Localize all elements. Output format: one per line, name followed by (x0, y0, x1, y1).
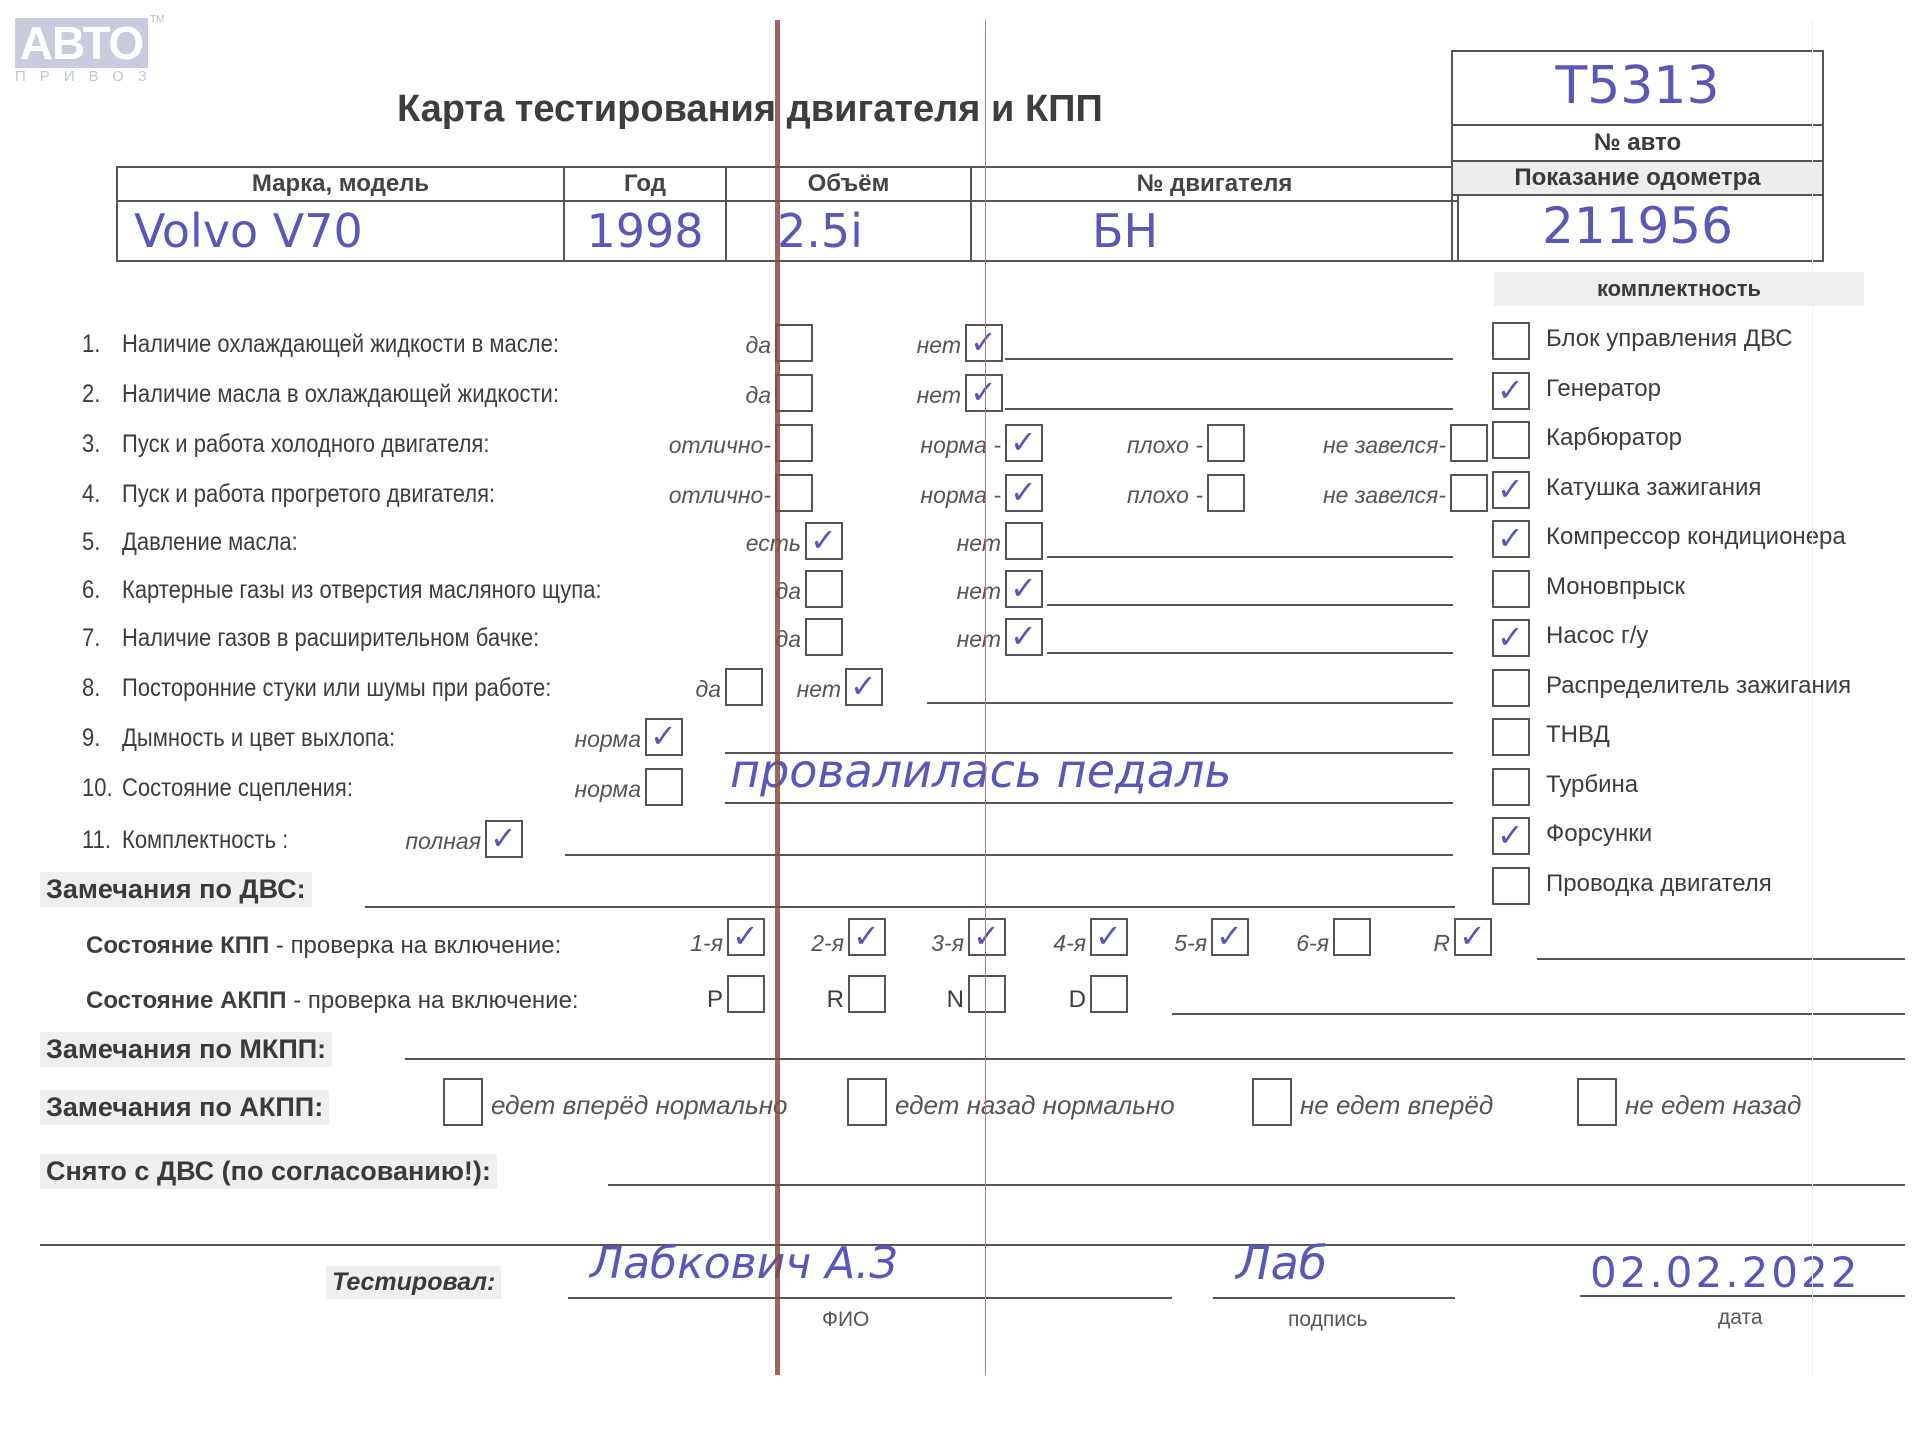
odometer-value[interactable]: 211956 (1453, 196, 1822, 256)
engine-number-value[interactable]: БН (971, 201, 1458, 261)
checkmark-icon: ✓ (1010, 472, 1037, 512)
check-number: 3. (82, 430, 100, 459)
check-number: 4. (82, 480, 100, 509)
checkmark-icon: ✓ (853, 916, 880, 956)
completeness-title: комплектность (1494, 272, 1864, 306)
date-caption: дата (1718, 1306, 1763, 1330)
name-line (568, 1297, 1172, 1299)
completeness-item-label: Генератор (1546, 375, 1661, 403)
check-notes-line[interactable] (565, 854, 1453, 856)
year-value[interactable]: 1998 (564, 201, 726, 261)
test-date[interactable]: 02.02.2022 (1590, 1248, 1860, 1297)
auto-gearbox-line[interactable] (1172, 1013, 1905, 1015)
auto-remark-checkbox[interactable] (1577, 1078, 1617, 1126)
option-label: норма (574, 726, 641, 753)
odometer-label: Показание одометра (1453, 162, 1822, 196)
auto-remark-label: едет назад нормально (895, 1090, 1175, 1121)
checkmark-icon: ✓ (1497, 370, 1524, 410)
auto-gearbox-label: Состояние АКПП - проверка на включение: (86, 987, 579, 1015)
option-checkbox[interactable] (775, 474, 813, 512)
checkmark-icon: ✓ (1216, 916, 1243, 956)
check-number: 9. (82, 724, 100, 753)
page-edge-line (1812, 20, 1813, 1375)
checkmark-icon: ✓ (973, 916, 1000, 956)
completeness-item-label: Карбюратор (1546, 424, 1682, 452)
option-checkbox[interactable] (775, 424, 813, 462)
option-checkbox[interactable]: ✓ (645, 718, 683, 756)
option-checkbox[interactable] (1450, 474, 1488, 512)
check-label: Комплектность : (122, 826, 288, 855)
completeness-checkbox[interactable] (1492, 867, 1530, 905)
gear-checkbox[interactable]: ✓ (727, 918, 765, 956)
option-label: нет (917, 332, 961, 359)
checkmark-icon: ✓ (970, 322, 997, 362)
option-label: плохо - (1127, 432, 1203, 459)
remarks-engine-label: Замечания по ДВС: (40, 872, 312, 907)
checkmark-icon: ✓ (850, 666, 877, 706)
option-label: да (695, 676, 721, 703)
completeness-item-label: Компрессор кондиционера (1546, 523, 1846, 551)
checkmark-icon: ✓ (1095, 916, 1122, 956)
option-checkbox[interactable] (1207, 474, 1245, 512)
check-label: Пуск и работа прогретого двигателя: (122, 480, 495, 509)
option-checkbox[interactable] (805, 570, 843, 608)
option-checkbox[interactable]: ✓ (1005, 618, 1043, 656)
gear-checkbox[interactable]: ✓ (1454, 918, 1492, 956)
completeness-checkbox[interactable]: ✓ (1492, 471, 1530, 509)
scan-fold-line (775, 20, 780, 1375)
completeness-checkbox[interactable] (1492, 768, 1530, 806)
checkmark-icon: ✓ (650, 716, 677, 756)
auto-remark-checkbox[interactable] (847, 1078, 887, 1126)
checkmark-icon: ✓ (1497, 469, 1524, 509)
check-label: Наличие газов в расширительном бачке: (122, 624, 539, 653)
option-label: не завелся- (1323, 482, 1446, 509)
remarks-engine-line[interactable] (365, 906, 1455, 908)
completeness-checkbox[interactable]: ✓ (1492, 619, 1530, 657)
option-checkbox[interactable]: ✓ (485, 820, 523, 858)
option-checkbox[interactable]: ✓ (1005, 424, 1043, 462)
tested-by-label: Тестировал: (326, 1266, 501, 1299)
option-checkbox[interactable] (805, 618, 843, 656)
completeness-item-label: Моновпрыск (1546, 573, 1685, 601)
gear-checkbox[interactable]: ✓ (1090, 918, 1128, 956)
removed-parts-label: Снято с ДВС (по согласованию!): (40, 1154, 497, 1189)
checkmark-icon: ✓ (1010, 568, 1037, 608)
name-caption: ФИО (822, 1308, 869, 1332)
checkmark-icon: ✓ (490, 818, 517, 858)
option-checkbox[interactable]: ✓ (965, 324, 1003, 362)
auto-remark-label: не едет вперёд (1300, 1090, 1493, 1121)
gear-position-checkbox[interactable] (727, 975, 765, 1013)
column-header-make-model: Марка, модель (117, 167, 564, 201)
completeness-item-label: Насос г/у (1546, 622, 1648, 650)
check-notes-line[interactable] (927, 702, 1453, 704)
check-label: Посторонние стуки или шумы при работе: (122, 674, 551, 703)
gear-checkbox[interactable] (1333, 918, 1371, 956)
gear-label: 3-я (931, 930, 964, 957)
check-number: 2. (82, 380, 100, 409)
make-model-value[interactable]: Volvo V70 (117, 201, 564, 261)
checkmark-icon: ✓ (1497, 518, 1524, 558)
logo-trademark: TM (150, 14, 164, 25)
gear-position-label: R (827, 986, 844, 1014)
option-checkbox[interactable]: ✓ (1005, 570, 1043, 608)
option-label: нет (957, 530, 1001, 557)
option-label: нет (957, 578, 1001, 605)
check-label: Дымность и цвет выхлопа: (122, 724, 395, 753)
remarks-manual-label: Замечания по МКПП: (40, 1032, 332, 1067)
page-title: Карта тестирования двигателя и КПП (397, 88, 1103, 131)
option-checkbox[interactable] (1450, 424, 1488, 462)
option-label: полная (405, 828, 481, 855)
option-label: нет (797, 676, 841, 703)
logo: АВТО (15, 18, 148, 68)
check-number: 11. (82, 826, 111, 855)
completeness-item-label: Блок управления ДВС (1546, 325, 1793, 353)
car-info-box: T5313 № авто Показание одометра 211956 (1451, 50, 1824, 262)
gear-position-checkbox[interactable] (968, 975, 1006, 1013)
check-number: 7. (82, 624, 100, 653)
check-label: Картерные газы из отверстия масляного щу… (122, 576, 602, 605)
gear-label: 6-я (1296, 930, 1329, 957)
tester-signature[interactable]: Лаб (1236, 1236, 1327, 1290)
checkmark-icon: ✓ (970, 372, 997, 412)
logo-subtitle: ПРИВОЗ (15, 68, 161, 85)
car-number-value[interactable]: T5313 (1453, 56, 1822, 126)
option-checkbox[interactable]: ✓ (1005, 474, 1043, 512)
vehicle-info-table: Марка, модель Год Объём № двигателя Volv… (116, 166, 1459, 262)
completeness-checkbox[interactable]: ✓ (1492, 520, 1530, 558)
check-notes-line[interactable] (1005, 358, 1453, 360)
gear-position-label: N (947, 986, 964, 1014)
option-label: норма - (920, 432, 1001, 459)
tester-name[interactable]: Лабкович А.З (590, 1238, 897, 1289)
option-label: плохо - (1127, 482, 1203, 509)
gear-label: 5-я (1174, 930, 1207, 957)
checkmark-icon: ✓ (1010, 616, 1037, 656)
column-header-volume: Объём (726, 167, 971, 201)
gear-position-label: D (1069, 986, 1086, 1014)
checkmark-icon: ✓ (1459, 916, 1486, 956)
completeness-checkbox[interactable] (1492, 669, 1530, 707)
check-label: Состояние сцепления: (122, 774, 353, 803)
option-checkbox[interactable] (1005, 522, 1043, 560)
gear-position-label: P (707, 986, 723, 1014)
removed-parts-line[interactable] (608, 1184, 1905, 1186)
option-label: да (745, 332, 771, 359)
option-label: да (745, 382, 771, 409)
car-number-label: № авто (1453, 126, 1822, 162)
completeness-item-label: Катушка зажигания (1546, 474, 1761, 502)
check-notes-line[interactable] (1047, 652, 1453, 654)
gear-position-checkbox[interactable] (848, 975, 886, 1013)
option-checkbox[interactable] (775, 374, 813, 412)
option-checkbox[interactable] (645, 768, 683, 806)
completeness-item-label: Форсунки (1546, 820, 1652, 848)
gear-label: 4-я (1053, 930, 1086, 957)
check-label: Наличие охлаждающей жидкости в масле: (122, 330, 559, 359)
completeness-checkbox[interactable]: ✓ (1492, 817, 1530, 855)
gear-checkbox[interactable]: ✓ (968, 918, 1006, 956)
option-checkbox[interactable]: ✓ (845, 668, 883, 706)
signature-caption: подпись (1288, 1308, 1367, 1332)
option-checkbox[interactable] (775, 324, 813, 362)
gear-checkbox[interactable]: ✓ (848, 918, 886, 956)
option-checkbox[interactable]: ✓ (965, 374, 1003, 412)
option-checkbox[interactable] (1207, 424, 1245, 462)
option-label: нет (917, 382, 961, 409)
signature-line (1213, 1297, 1455, 1299)
column-header-engine-number: № двигателя (971, 167, 1458, 201)
option-checkbox[interactable] (725, 668, 763, 706)
column-header-year: Год (564, 167, 726, 201)
remarks-auto-label: Замечания по АКПП: (40, 1090, 329, 1125)
checkmark-icon: ✓ (1497, 617, 1524, 657)
manual-gearbox-label: Состояние КПП - проверка на включение: (86, 932, 561, 960)
check-number: 1. (82, 330, 100, 359)
option-label: норма - (920, 482, 1001, 509)
auto-remark-label: едет вперёд нормально (491, 1090, 787, 1121)
auto-remark-label: не едет назад (1625, 1090, 1801, 1121)
checkmark-icon: ✓ (1010, 422, 1037, 462)
gear-label: R (1433, 930, 1450, 957)
check-notes-line[interactable] (725, 802, 1453, 804)
option-label: отлично- (669, 482, 771, 509)
completeness-checkbox[interactable] (1492, 322, 1530, 360)
gear-label: 1-я (690, 930, 723, 957)
check-label: Наличие масла в охлаждающей жидкости: (122, 380, 559, 409)
gear-checkbox[interactable]: ✓ (1211, 918, 1249, 956)
check-note[interactable]: провалилась педаль (730, 744, 1232, 798)
option-label: не завелся- (1323, 432, 1446, 459)
completeness-item-label: Проводка двигателя (1546, 870, 1772, 898)
completeness-item-label: Турбина (1546, 771, 1638, 799)
check-number: 10. (82, 774, 113, 803)
check-label: Пуск и работа холодного двигателя: (122, 430, 489, 459)
check-label: Давление масла: (122, 528, 298, 557)
option-label: есть (746, 530, 801, 557)
completeness-checkbox[interactable] (1492, 718, 1530, 756)
gear-label: 2-я (811, 930, 844, 957)
option-label: норма (574, 776, 641, 803)
option-checkbox[interactable]: ✓ (805, 522, 843, 560)
option-label: нет (957, 626, 1001, 653)
manual-gearbox-line[interactable] (1537, 958, 1905, 960)
remarks-manual-line[interactable] (405, 1058, 1905, 1060)
volume-value[interactable]: 2.5i (726, 201, 971, 261)
checkmark-icon: ✓ (810, 520, 837, 560)
option-label: отлично- (669, 432, 771, 459)
check-number: 8. (82, 674, 100, 703)
completeness-item-label: ТНВД (1546, 721, 1610, 749)
completeness-item-label: Распределитель зажигания (1546, 672, 1851, 700)
completeness-checkbox[interactable] (1492, 421, 1530, 459)
auto-remark-checkbox[interactable] (1252, 1078, 1292, 1126)
auto-remark-checkbox[interactable] (443, 1078, 483, 1126)
scan-guide-line (985, 20, 986, 1375)
gear-position-checkbox[interactable] (1090, 975, 1128, 1013)
check-notes-line[interactable] (1047, 556, 1453, 558)
removed-parts-line-2[interactable] (40, 1244, 1905, 1246)
completeness-checkbox[interactable]: ✓ (1492, 372, 1530, 410)
checkmark-icon: ✓ (1497, 815, 1524, 855)
checkmark-icon: ✓ (732, 916, 759, 956)
check-notes-line[interactable] (1005, 408, 1453, 410)
check-number: 6. (82, 576, 100, 605)
date-line (1580, 1295, 1905, 1297)
completeness-checkbox[interactable] (1492, 570, 1530, 608)
check-notes-line[interactable] (1047, 604, 1453, 606)
check-number: 5. (82, 528, 100, 557)
